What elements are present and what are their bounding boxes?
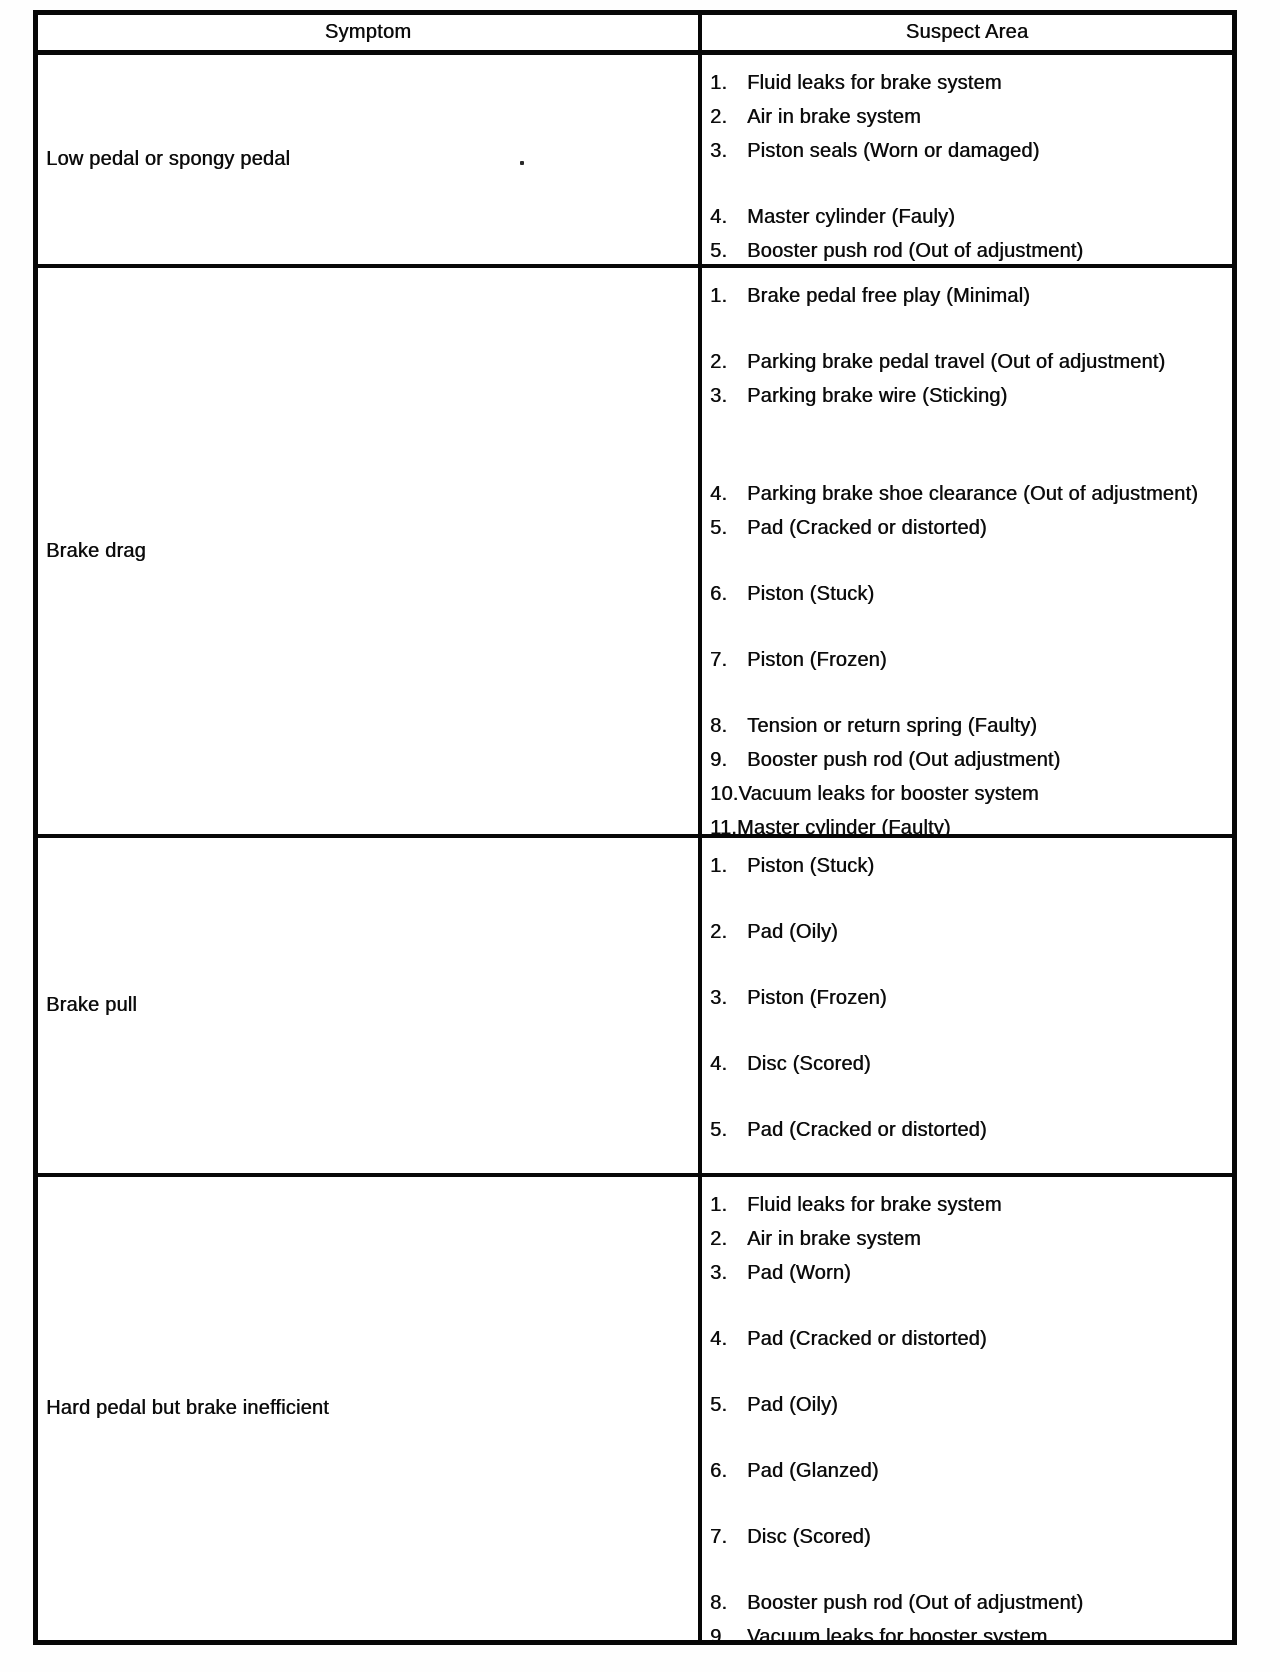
suspect-item-text: Piston (Frozen)	[747, 981, 887, 1015]
scanned-manual-page: Symptom Suspect Area Low pedal or spongy…	[0, 0, 1280, 1672]
symptom-cell: Brake drag	[38, 268, 702, 834]
suspect-item-text: Disc (Scored)	[747, 1520, 871, 1554]
suspect-item-text: Pad (Glanzed)	[747, 1454, 879, 1488]
suspect-item-number: 3.	[710, 981, 747, 1015]
suspect-item: 5.Pad (Cracked or distorted)	[710, 1113, 1228, 1147]
table-row: Brake pull 1.Piston (Stuck) 2.Pad (Oily)…	[38, 838, 1232, 1177]
suspect-item-text: Fluid leaks for brake system	[747, 66, 1002, 100]
suspect-item-number: 5.	[710, 1388, 747, 1422]
table-row: Low pedal or spongy pedal 1.Fluid leaks …	[38, 55, 1232, 268]
suspect-item-text: Vacuum leaks for booster system	[747, 1620, 1047, 1640]
suspect-item: 4.Pad (Cracked or distorted)	[710, 1322, 1228, 1356]
suspect-item-text: Brake pedal free play (Minimal)	[747, 279, 1030, 313]
suspect-item-number: 2.	[710, 1222, 747, 1256]
suspect-item-number: 5.	[710, 234, 747, 264]
suspect-item-text: Air in brake system	[747, 100, 921, 134]
suspect-item-text: Pad (Oily)	[747, 915, 838, 949]
suspect-item: 3.Pad (Worn)	[710, 1256, 1228, 1290]
suspect-item-number: 3.	[710, 134, 747, 168]
suspect-item-number: 6.	[710, 1454, 747, 1488]
suspect-item-text: Vacuum leaks for booster system	[738, 777, 1038, 811]
suspect-item-text: Pad (Cracked or distorted)	[747, 511, 987, 545]
suspect-item-number: 1.	[710, 279, 747, 313]
suspect-item-text: Pad (Cracked or distorted)	[747, 1322, 987, 1356]
table-body: Low pedal or spongy pedal 1.Fluid leaks …	[38, 55, 1232, 1640]
suspect-area-column-header: Suspect Area	[702, 15, 1232, 50]
suspect-item-text: Piston (Stuck)	[747, 849, 874, 883]
suspect-item-text: Air in brake system	[747, 1222, 921, 1256]
symptom-label: Brake drag	[46, 540, 146, 563]
suspect-item-number: 2.	[710, 345, 747, 379]
suspect-item-text: Piston seals (Worn or damaged)	[747, 134, 1039, 168]
suspect-item-number: 1.	[710, 1188, 747, 1222]
suspect-item-number: 1.	[710, 849, 747, 883]
suspect-item-number: 4.	[710, 477, 747, 511]
suspect-item-text: Master cylinder (Faulty)	[737, 811, 951, 834]
suspect-item: 7.Piston (Frozen)	[710, 643, 1228, 677]
suspect-item-text: Piston (Stuck)	[747, 577, 874, 611]
suspect-item: 5.Pad (Oily)	[710, 1388, 1228, 1422]
suspect-area-cell: 1.Fluid leaks for brake system 2.Air in …	[702, 55, 1232, 264]
suspect-item-number: 4.	[710, 1047, 747, 1081]
suspect-item: 2.Parking brake pedal travel (Out of adj…	[710, 345, 1228, 379]
suspect-item: 10.Vacuum leaks for booster system	[710, 777, 1228, 811]
suspect-item-number: 6.	[710, 577, 747, 611]
suspect-item-number: 9.	[710, 1620, 747, 1640]
suspect-item-number: 1.	[710, 66, 747, 100]
scan-artifact-dot	[520, 161, 524, 165]
table-row: Brake drag 1.Brake pedal free play (Mini…	[38, 268, 1232, 838]
symptom-label: Low pedal or spongy pedal	[46, 148, 290, 171]
suspect-item-number: 7.	[710, 1520, 747, 1554]
suspect-item: 6.Pad (Glanzed)	[710, 1454, 1228, 1488]
suspect-item: 9.Vacuum leaks for booster system	[710, 1620, 1228, 1640]
suspect-item: 6.Piston (Stuck)	[710, 577, 1228, 611]
suspect-item-text: Pad (Cracked or distorted)	[747, 1113, 987, 1147]
suspect-item-number: 7.	[710, 643, 747, 677]
suspect-item-number: 5.	[710, 1113, 747, 1147]
suspect-item-text: Pad (Worn)	[747, 1256, 851, 1290]
symptom-cell: Low pedal or spongy pedal	[38, 55, 702, 264]
suspect-item-text: Parking brake wire (Sticking)	[747, 379, 1007, 413]
suspect-item: 4.Parking brake shoe clearance (Out of a…	[710, 477, 1228, 511]
suspect-item-text: Booster push rod (Out of adjustment)	[747, 1586, 1083, 1620]
symptom-cell: Hard pedal but brake inefficient	[38, 1177, 702, 1640]
suspect-item-text: Piston (Frozen)	[747, 643, 887, 677]
suspect-item-text: Parking brake shoe clearance (Out of adj…	[747, 477, 1198, 511]
table-header-row: Symptom Suspect Area	[38, 15, 1232, 55]
suspect-item-number: 10.	[710, 777, 738, 811]
suspect-area-cell: 1.Piston (Stuck) 2.Pad (Oily) 3.Piston (…	[702, 838, 1232, 1173]
suspect-item-text: Tension or return spring (Faulty)	[747, 709, 1037, 743]
suspect-item: 4.Disc (Scored)	[710, 1047, 1228, 1081]
suspect-item: 9.Booster push rod (Out adjustment)	[710, 743, 1228, 777]
suspect-item: 2.Pad (Oily)	[710, 915, 1228, 949]
suspect-item: 1.Piston (Stuck)	[710, 849, 1228, 883]
suspect-item-number: 2.	[710, 100, 747, 134]
suspect-item: 5.Booster push rod (Out of adjustment)	[710, 234, 1228, 264]
suspect-item-number: 4.	[710, 1322, 747, 1356]
brake-troubleshooting-table: Symptom Suspect Area Low pedal or spongy…	[33, 10, 1237, 1645]
suspect-item-number: 11.	[710, 811, 737, 834]
suspect-item-text: Parking brake pedal travel (Out of adjus…	[747, 345, 1165, 379]
suspect-item-text: Fluid leaks for brake system	[747, 1188, 1002, 1222]
symptom-column-header: Symptom	[38, 15, 702, 50]
symptom-header-label: Symptom	[325, 21, 412, 44]
suspect-item-text: Booster push rod (Out adjustment)	[747, 743, 1060, 777]
suspect-item: 8.Tension or return spring (Faulty)	[710, 709, 1228, 743]
suspect-item-text: Pad (Oily)	[747, 1388, 838, 1422]
suspect-item: 8.Booster push rod (Out of adjustment)	[710, 1586, 1228, 1620]
suspect-item: 1.Fluid leaks for brake system	[710, 66, 1228, 100]
suspect-item-number: 9.	[710, 743, 747, 777]
suspect-item-text: Disc (Scored)	[747, 1047, 871, 1081]
suspect-item: 11.Master cylinder (Faulty)	[710, 811, 1228, 834]
suspect-item: 2.Air in brake system	[710, 100, 1228, 134]
suspect-item: 2.Air in brake system	[710, 1222, 1228, 1256]
suspect-item-number: 3.	[710, 1256, 747, 1290]
suspect-item: 7.Disc (Scored)	[710, 1520, 1228, 1554]
suspect-item-number: 8.	[710, 709, 747, 743]
symptom-cell: Brake pull	[38, 838, 702, 1173]
suspect-item: 1.Brake pedal free play (Minimal)	[710, 279, 1228, 313]
suspect-item: 3.Piston (Frozen)	[710, 981, 1228, 1015]
suspect-item-text: Booster push rod (Out of adjustment)	[747, 234, 1083, 264]
suspect-item-number: 3.	[710, 379, 747, 413]
symptom-label: Brake pull	[46, 994, 137, 1017]
suspect-area-cell: 1.Fluid leaks for brake system 2.Air in …	[702, 1177, 1232, 1640]
suspect-item: 3.Parking brake wire (Sticking)	[710, 379, 1228, 413]
suspect-item-number: 5.	[710, 511, 747, 545]
suspect-item: 5.Pad (Cracked or distorted)	[710, 511, 1228, 545]
suspect-area-header-label: Suspect Area	[906, 21, 1029, 44]
symptom-label: Hard pedal but brake inefficient	[46, 1397, 329, 1420]
suspect-area-cell: 1.Brake pedal free play (Minimal) 2.Park…	[702, 268, 1232, 834]
table-row: Hard pedal but brake inefficient 1.Fluid…	[38, 1177, 1232, 1640]
suspect-item: 1.Fluid leaks for brake system	[710, 1188, 1228, 1222]
suspect-item: 3.Piston seals (Worn or damaged)	[710, 134, 1228, 168]
suspect-item-text: Master cylinder (Fauly)	[747, 200, 955, 234]
suspect-item: 4.Master cylinder (Fauly)	[710, 200, 1228, 234]
suspect-item-number: 2.	[710, 915, 747, 949]
suspect-item-number: 4.	[710, 200, 747, 234]
suspect-item-number: 8.	[710, 1586, 747, 1620]
